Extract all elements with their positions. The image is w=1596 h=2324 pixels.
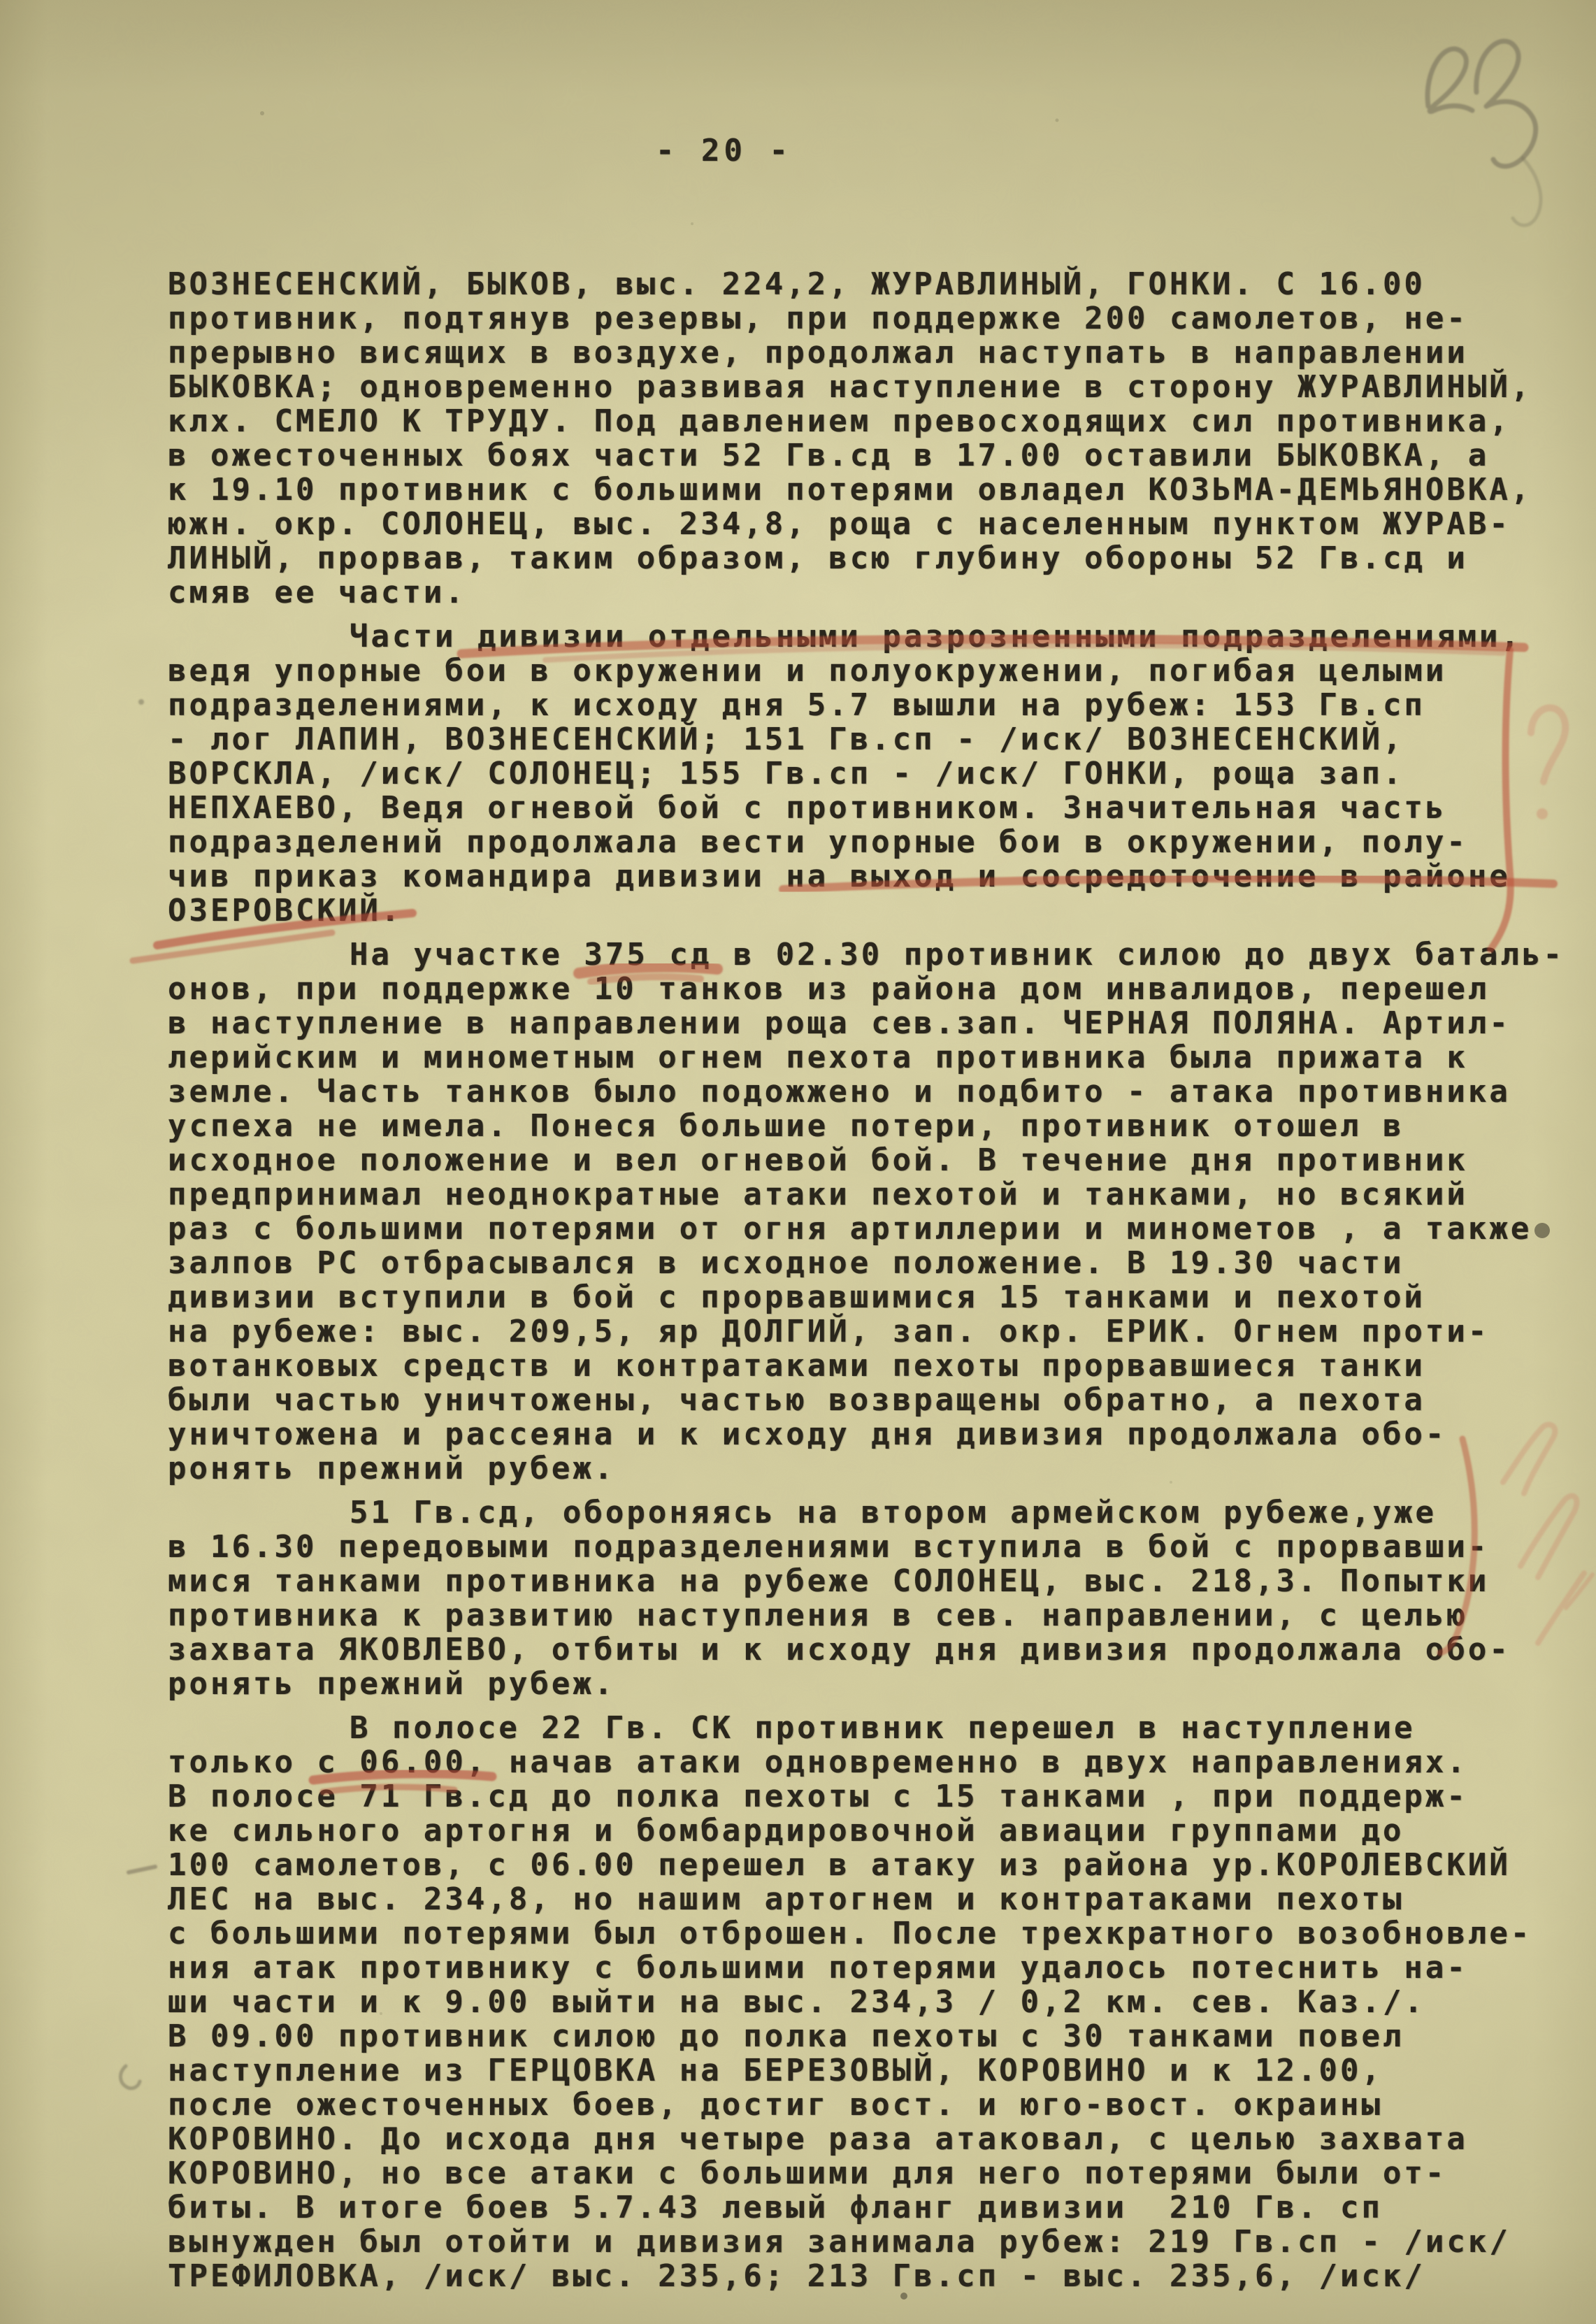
text-line: подразделений продолжала вести упорные б… [168,825,1566,859]
text-line: ТРЕФИЛОВКА, /иск/ выс. 235,6; 213 Гв.сп … [168,2259,1566,2293]
text-line: дивизии вступили в бой с прорвавшимися 1… [168,1280,1566,1314]
text-line: вынужден был отойти и дивизия занимала р… [168,2225,1566,2259]
text-line: после ожесточенных боев, достиг вост. и … [168,2088,1566,2122]
text-line: ронять прежний рубеж. [168,1667,1566,1701]
text-line: успеха не имела. Понеся большие потери, … [168,1109,1566,1143]
text-line: онов, при поддержке 10 танков из района … [168,972,1566,1006]
text-line: БЫКОВКА; одновременно развивая наступлен… [168,370,1566,404]
text-line: были частью уничтожены, частью возвращен… [168,1383,1566,1417]
text-line: - лог ЛАПИН, ВОЗНЕСЕНСКИЙ; 151 Гв.сп - /… [168,722,1566,756]
text-line: в наступление в направлении роща сев.зап… [168,1006,1566,1040]
text-line: в 16.30 передовыми подразделениями вступ… [168,1530,1566,1564]
text-line: ведя упорные бои в окружении и полуокруж… [168,654,1566,688]
text-line: Части дивизии отдельными разрозненными п… [168,619,1566,654]
text-line: ния атак противнику с большими потерями … [168,1951,1566,1985]
text-line: смяв ее части. [168,575,1566,610]
text-line: противника к развитию наступления в сев.… [168,1598,1566,1633]
paragraph: На участке 375 сд в 02.30 противник сило… [168,938,1566,1486]
text-line: вотанковых средств и контратаками пехоты… [168,1349,1566,1383]
pencil-hook [120,2066,140,2088]
paragraph: ВОЗНЕСЕНСКИЙ, БЫКОВ, выс. 224,2, ЖУРАВЛИ… [168,267,1566,610]
text-line: наступление из ГЕРЦОВКА на БЕРЕЗОВЫЙ, КО… [168,2053,1566,2088]
text-line: В полосе 71 Гв.сд до полка пехоты с 15 т… [168,1779,1566,1814]
text-line: 51 Гв.сд, обороняясь на втором армейском… [168,1495,1566,1530]
paragraph: Части дивизии отдельными разрозненными п… [168,619,1566,928]
text-line: 100 самолетов, с 06.00 перешел в атаку и… [168,1848,1566,1882]
paragraph: 51 Гв.сд, обороняясь на втором армейском… [168,1495,1566,1701]
text-line: ши части и к 9.00 выйти на выс. 234,3 / … [168,1985,1566,2019]
text-line: В 09.00 противник силою до полка пехоты … [168,2019,1566,2053]
text-line: прерывно висящих в воздухе, продолжал на… [168,336,1566,370]
text-line: исходное положение и вел огневой бой. В … [168,1143,1566,1177]
pencil-margin-marks [120,699,155,2088]
text-line: биты. В итоге боев 5.7.43 левый фланг ди… [168,2190,1566,2225]
scanned-document-page: { "header": { "page_number": "- 20 -" },… [0,0,1596,2324]
text-line: мися танками противника на рубеже СОЛОНЕ… [168,1564,1566,1598]
text-line: предпринимал неоднократные атаки пехотой… [168,1177,1566,1212]
text-line: ЛЕС на выс. 234,8, но нашим артогнем и к… [168,1882,1566,1916]
text-line: лерийским и минометным огнем пехота прот… [168,1040,1566,1075]
text-line: КОРОВИНО. До исхода дня четыре раза атак… [168,2122,1566,2156]
text-line: ОЗЕРОВСКИЙ. [168,894,1566,928]
handwritten-22-pencil [1428,41,1541,225]
text-line: КОРОВИНО, но все атаки с большими для не… [168,2156,1566,2190]
typewritten-text: ВОЗНЕСЕНСКИЙ, БЫКОВ, выс. 224,2, ЖУРАВЛИ… [168,267,1566,2293]
text-line: залпов РС отбрасывался в исходное положе… [168,1246,1566,1280]
text-line: ронять прежний рубеж. [168,1451,1566,1486]
text-line: к 19.10 противник с большими потерями ов… [168,473,1566,507]
text-line: ке сильного артогня и бомбардировочной а… [168,1814,1566,1848]
text-line: НЕПХАЕВО, Ведя огневой бой с противником… [168,791,1566,825]
text-line: подразделениями, к исходу дня 5.7 вышли … [168,688,1566,722]
text-line: ЛИНЫЙ, прорвав, таким образом, всю глуби… [168,541,1566,575]
text-line: ВОЗНЕСЕНСКИЙ, БЫКОВ, выс. 224,2, ЖУРАВЛИ… [168,267,1566,301]
text-line: чив приказ командира дивизии на выход и … [168,859,1566,894]
pencil-dash [129,1867,155,1872]
text-line: южн. окр. СОЛОНЕЦ, выс. 234,8, роща с на… [168,507,1566,541]
text-line: На участке 375 сд в 02.30 противник сило… [168,938,1566,972]
text-line: в ожесточенных боях части 52 Гв.сд в 17.… [168,438,1566,473]
text-line: противник, подтянув резервы, при поддерж… [168,301,1566,336]
corner-number-value: 22 [0,0,1,1]
paragraph: В полосе 22 Гв. СК противник перешел в н… [168,1711,1566,2293]
text-line: земле. Часть танков было подожжено и под… [168,1075,1566,1109]
text-line: В полосе 22 Гв. СК противник перешел в н… [168,1711,1566,1745]
text-line: ВОРСКЛА, /иск/ СОЛОНЕЦ; 155 Гв.сп - /иск… [168,756,1566,791]
text-line: только с 06.00, начав атаки одновременно… [168,1745,1566,1779]
text-line: с большими потерями был отброшен. После … [168,1916,1566,1951]
text-line: на рубеже: выс. 209,5, яр ДОЛГИЙ, зап. о… [168,1314,1566,1349]
pencil-dot [138,699,144,705]
text-line: раз с большими потерями от огня артиллер… [168,1212,1566,1246]
text-line: захвата ЯКОВЛЕВО, отбиты и к исходу дня … [168,1633,1566,1667]
page-number: - 20 - [656,133,792,168]
text-line: клх. СМЕЛО К ТРУДУ. Под давлением превос… [168,404,1566,438]
text-line: уничтожена и рассеяна и к исходу дня див… [168,1417,1566,1451]
